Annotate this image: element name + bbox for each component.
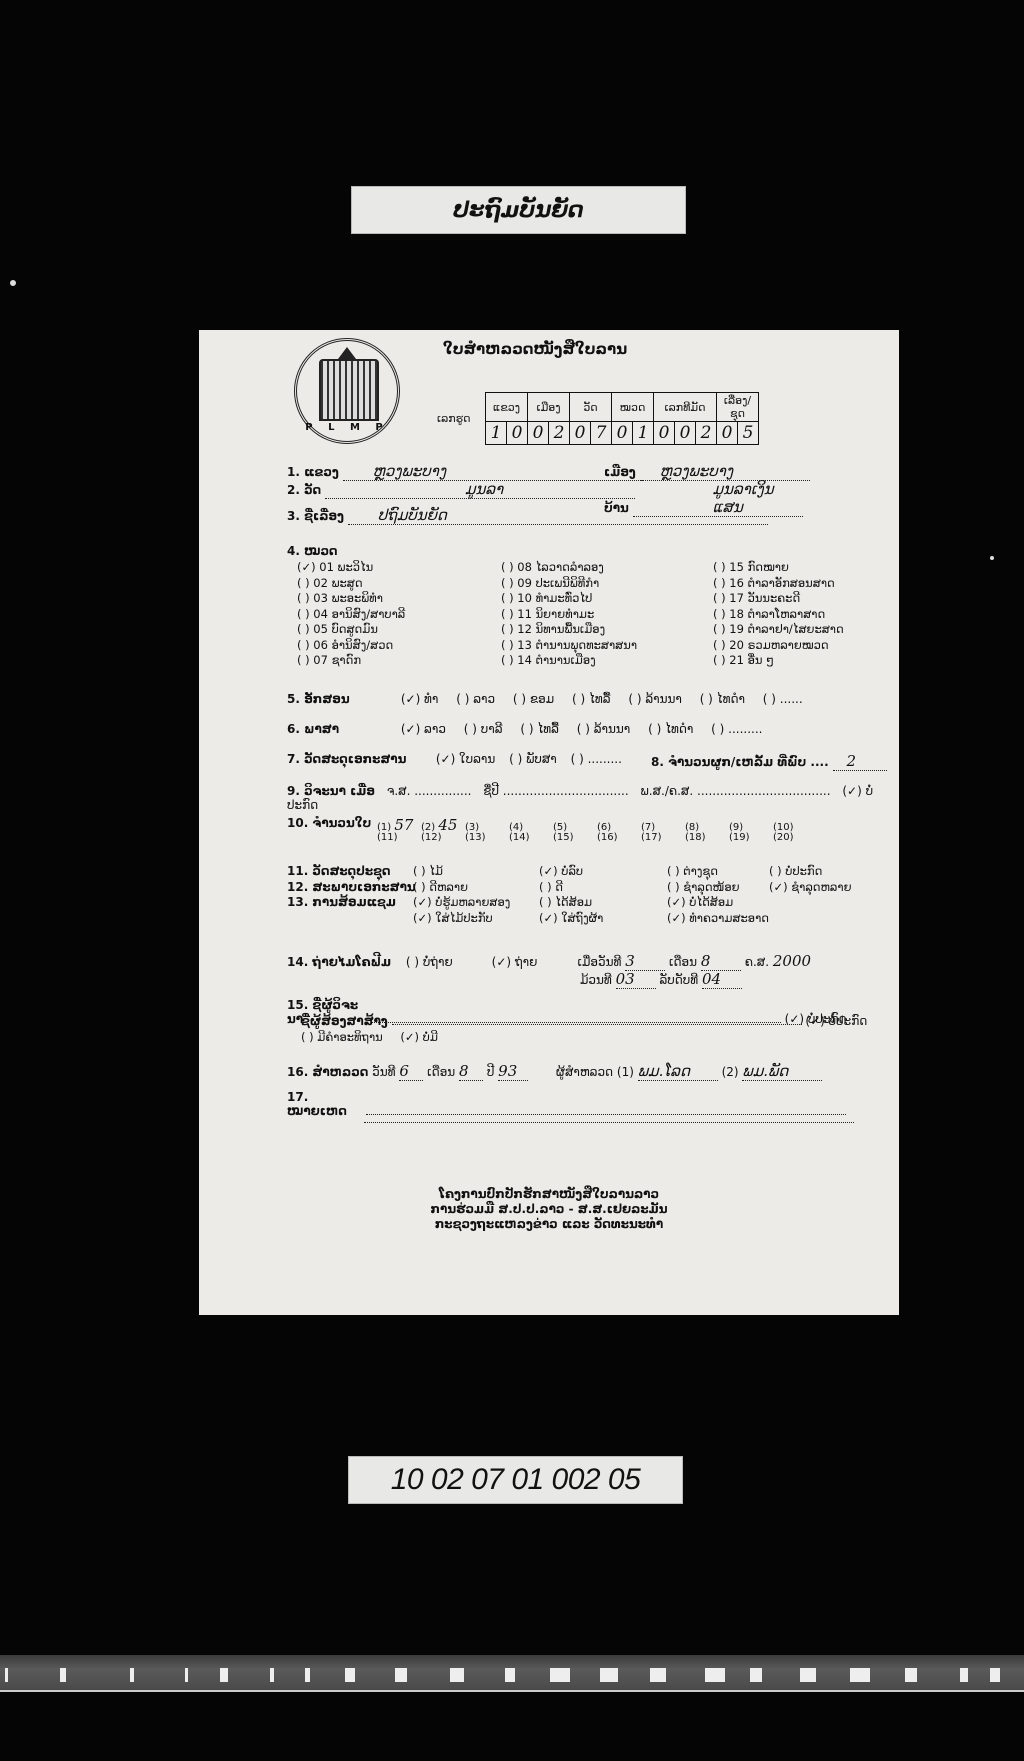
language-option[interactable]: ( ) ໄທດຳ [648,722,693,736]
category-option[interactable]: (✓) 01 ພະວິໄນ [297,560,405,576]
category-option[interactable]: ( ) 09 ປະເພນີພິທີກຳ [501,576,637,592]
roll-value: 03 [616,970,656,989]
filmed-option[interactable]: (✓) ຖ່າຍ [492,955,574,969]
manuscript-title-value: ປຖົມບັນຍັດ [348,506,768,525]
film-speck [10,280,16,286]
language-option[interactable]: (✓) ລາວ [401,722,446,736]
repair-option[interactable]: ( ) ໄດ້ສ້ອມ [539,895,603,911]
field-category-label: 4. ໝວດ [287,544,337,558]
repair-option[interactable]: (✓) ໃສ່ຖົງຜ້າ [539,911,603,927]
language-option[interactable]: ( ) ......... [711,722,762,736]
code-digit: 0 [717,422,738,445]
script-option[interactable]: ( ) ໄທລື້ [572,692,611,706]
category-option[interactable]: ( ) 11 ນິຍາຍທຳມະ [501,607,637,623]
code-header: ເລກທີມັດ [654,393,717,422]
temple-value: ມູນລາ [325,480,635,499]
code-header: ໝວດ [612,393,654,422]
no-prayer-option[interactable]: (✓) ບໍ່ມີ [400,1030,438,1044]
code-digit: 0 [528,422,549,445]
field-sponsor: ຊື່ຜູ້ສ້ອງສາສ້າງ (✓) ບໍ່ປະກົດ [301,1014,867,1028]
code-digit: 0 [675,422,696,445]
repair-option[interactable]: (✓) ບໍ່ໄດ້ສ້ອມ [667,895,769,911]
repair-option[interactable]: (✓) ບໍ່ຮູ້ມຫລາຍສອງ [413,895,510,911]
condition-col-2: (✓) ບໍ່ລົບ ( ) ດີ ( ) ໄດ້ສ້ອມ (✓) ໃສ່ຖົງ… [539,864,603,926]
category-option[interactable]: ( ) 14 ຕຳນານເມືອງ [501,653,637,669]
field-remarks: 17. ໝາຍເຫດ [287,1090,846,1118]
fascicle-count-value: 2 [833,752,887,771]
cover-option[interactable]: ( ) ໄມ້ [413,864,510,880]
field-microfilm: 14. ຖ່າຍໄມໂຄຟີມ ( ) ບໍ່ຖ່າຍ (✓) ຖ່າຍ ເມື… [287,952,811,971]
condition-col-1: ( ) ໄມ້ ( ) ດີຫລາຍ (✓) ບໍ່ຮູ້ມຫລາຍສອງ (✓… [413,864,510,926]
category-option[interactable]: ( ) 21 ອື່ນ ໆ [713,653,844,669]
code-digit: 1 [633,422,654,445]
field-title: 3. ຊື່ເລື່ອງ ປຖົມບັນຍັດ [287,506,768,525]
category-option[interactable]: ( ) 17 ວັນນະຄະດີ [713,591,844,607]
script-option[interactable]: ( ) ລາວ [456,692,495,706]
category-option[interactable]: ( ) 03 ພະອະພິທຳ [297,591,405,607]
film-edge-strip [0,1655,1024,1692]
code-digit: 0 [612,422,633,445]
field-leaf-count-label: 10. ຈຳນວນໃບ [287,816,371,830]
condition-col-3: ( ) ຕ່າງຊຸດ ( ) ຊຳລຸດໜ້ອຍ (✓) ບໍ່ໄດ້ສ້ອມ… [667,864,769,926]
film-year-value: 2000 [773,952,811,970]
condition-col-4: ( ) ບໍ່ປະກົດ (✓) ຊຳລຸດຫລາຍ [769,864,851,895]
film-day-value: 3 [625,952,665,971]
film-speck [990,556,994,560]
code-header: ເລື່ອງ/ຊຸດ [717,393,759,422]
category-option[interactable]: ( ) 07 ຊາດົກ [297,653,405,669]
code-digit: 0 [570,422,591,445]
field-province: 1. ແຂວງ ຫຼວງພະບາງ [287,462,643,481]
script-option[interactable]: ( ) ...... [763,692,803,706]
film-month-value: 8 [701,952,741,971]
field-district: ເມືອງ ຫຼວງພະບາງ [604,462,810,481]
category-option[interactable]: ( ) 19 ຕຳລາຢາ/ໄສຍະສາດ [713,622,844,638]
survey-form-page: ໃບສຳຫລວດໜັງສືໃບລານ P L M P ເລກຮູດ ແຂວງ ເ… [199,330,899,1315]
script-option[interactable]: ( ) ລ້ານນາ [628,692,682,706]
code-row-label: ເລກຮູດ [437,412,471,425]
plmp-logo-icon: P L M P [294,338,400,444]
code-header: ແຂວງ [486,393,528,422]
category-option[interactable]: ( ) 02 ພະສູດ [297,576,405,592]
state-option[interactable]: ( ) ດີ [539,880,603,896]
language-option[interactable]: ( ) ບາລີ [464,722,503,736]
code-digit: 0 [654,422,675,445]
province-value: ຫຼວງພະບາງ [343,462,643,481]
district-value: ຫຼວງພະບາງ [640,462,810,481]
field-date-written: 9. ວິຈະນາ ເມື່ອ ຈ.ສ. ............... ຊື່… [287,784,899,812]
code-digit: 0 [507,422,528,445]
surveyor-2-value: ພມ.ພັດ [742,1062,822,1081]
category-option[interactable]: ( ) 04 ອານິສົງ/ສາບາລີ [297,607,405,623]
language-option[interactable]: ( ) ໄທລື້ [520,722,559,736]
category-col-3: ( ) 15 ກົດໝາຍ ( ) 16 ຕຳລາອັກສອນສາດ ( ) 1… [713,560,844,669]
survey-year-value: 93 [498,1062,528,1081]
language-option[interactable]: ( ) ລ້ານນາ [577,722,631,736]
code-digit: 1 [486,422,507,445]
material-option[interactable]: (✓) ໃບລານ [436,752,495,766]
has-prayer-option[interactable]: ( ) ມີຄຳອະທິຖານ [301,1030,383,1044]
category-option[interactable]: ( ) 05 ບົດສູດມົນ [297,622,405,638]
cover-option[interactable]: ( ) ຕ່າງຊຸດ [667,864,769,880]
repair-option[interactable]: (✓) ທຳຄວາມສະອາດ [667,911,769,927]
category-option[interactable]: ( ) 15 ກົດໝາຍ [713,560,844,576]
field-language: 6. ພາສາ (✓) ລາວ ( ) ບາລີ ( ) ໄທລື້ ( ) ລ… [287,722,763,736]
code-digit: 2 [549,422,570,445]
field-survey: 16. ສຳຫລວດ ວັນທີ 6 ເດືອນ 8 ປີ 93 ຜູ້ສຳຫລ… [287,1062,822,1081]
category-col-2: ( ) 08 ໄລວາດລຳລອງ ( ) 09 ປະເພນີພິທີກຳ ( … [501,560,637,669]
sequence-value: 04 [702,970,742,989]
cover-option[interactable]: (✓) ບໍ່ລົບ [539,864,603,880]
category-option[interactable]: ( ) 16 ຕຳລາອັກສອນສາດ [713,576,844,592]
surveyor-1-value: ພມ.ໂລດ [638,1062,718,1081]
field-script: 5. ອັກສອນ (✓) ທຳ ( ) ລາວ ( ) ຂອມ ( ) ໄທລ… [287,692,803,706]
state-option[interactable]: ( ) ຊຳລຸດໜ້ອຍ [667,880,769,896]
form-title: ໃບສຳຫລວດໜັງສືໃບລານ [443,340,627,358]
script-option[interactable]: (✓) ທຳ [401,692,439,706]
field-prayer: ( ) ມີຄຳອະທິຖານ (✓) ບໍ່ມີ [301,1030,438,1044]
survey-day-value: 6 [399,1062,423,1081]
code-digit: 2 [696,422,717,445]
code-digit: 5 [738,422,759,445]
remarks-line [364,1122,854,1123]
cover-option[interactable]: ( ) ບໍ່ປະກົດ [769,864,851,880]
form-footer: ໂຄງການປົກປັກຮັກສາໜັງສືໃບລານລາວ ການຮ່ວມມື… [199,1187,899,1232]
category-option[interactable]: ( ) 12 ນິທານພື້ນເມືອງ [501,622,637,638]
not-filmed-option[interactable]: ( ) ບໍ່ຖ່າຍ [406,955,488,969]
category-option[interactable]: ( ) 10 ທຳມະທົ່ວໄປ [501,591,637,607]
category-option[interactable]: ( ) 13 ຕຳນານພຸດທະສາສນາ [501,638,637,654]
field-temple: 2. ວັດ ມູນລາ [287,480,635,499]
category-option[interactable]: ( ) 20 ຣວມຫລາຍໝວດ [713,638,844,654]
material-option[interactable]: ( ) ພັບສາ [509,752,557,766]
repair-option[interactable]: (✓) ໃສ່ໄມ້ປະກັບ [413,911,510,927]
code-table: ແຂວງ ເມືອງ ວັດ ໝວດ ເລກທີມັດ ເລື່ອງ/ຊຸດ 1… [485,392,759,445]
field-material: 7. ວັດສະດຸເອກະສານ (✓) ໃບລານ ( ) ພັບສາ ( … [287,752,622,766]
category-option[interactable]: ( ) 06 ອຳນິສົງ/ສວດ [297,638,405,654]
survey-month-value: 8 [459,1062,483,1081]
microfilm-title-label: ປະຖົມບັນຍັດ [351,186,686,234]
not-appear-option[interactable]: (✓) ບໍ່ປະກົດ [805,1014,867,1028]
category-option[interactable]: ( ) 18 ຕຳລາໂຫລາສາດ [713,607,844,623]
state-option[interactable]: ( ) ດີຫລາຍ [413,880,510,896]
condition-labels: 11. ວັດສະດຸປະຊຸດ 12. ສະພາບເອກະສານ 13. ກາ… [287,864,416,911]
category-option[interactable]: ( ) 08 ໄລວາດລຳລອງ [501,560,637,576]
code-header: ວັດ [570,393,612,422]
script-option[interactable]: ( ) ໄທດຳ [700,692,745,706]
material-option[interactable]: ( ) ......... [571,752,622,766]
script-option[interactable]: ( ) ຂອມ [513,692,554,706]
category-col-1: (✓) 01 ພະວິໄນ ( ) 02 ພະສູດ ( ) 03 ພະອະພິ… [297,560,405,669]
state-option[interactable]: (✓) ຊຳລຸດຫລາຍ [769,880,851,896]
field-roll: ມ້ວນທີ 03 ລັບດັບທີ 04 [580,970,742,989]
code-digit: 7 [591,422,612,445]
leaf-count-row-2: (11)(12)(13)(14)(15)(16)(17)(18)(19)(20) [377,832,817,843]
code-header: ເມືອງ [528,393,570,422]
microfilm-code-label: 10 02 07 01 002 05 [348,1456,683,1504]
field-fascicle-count: 8. ຈຳນວນຜູກ/ເຫລັ້ມ ທີ່ພົບ .... 2 [651,752,887,771]
